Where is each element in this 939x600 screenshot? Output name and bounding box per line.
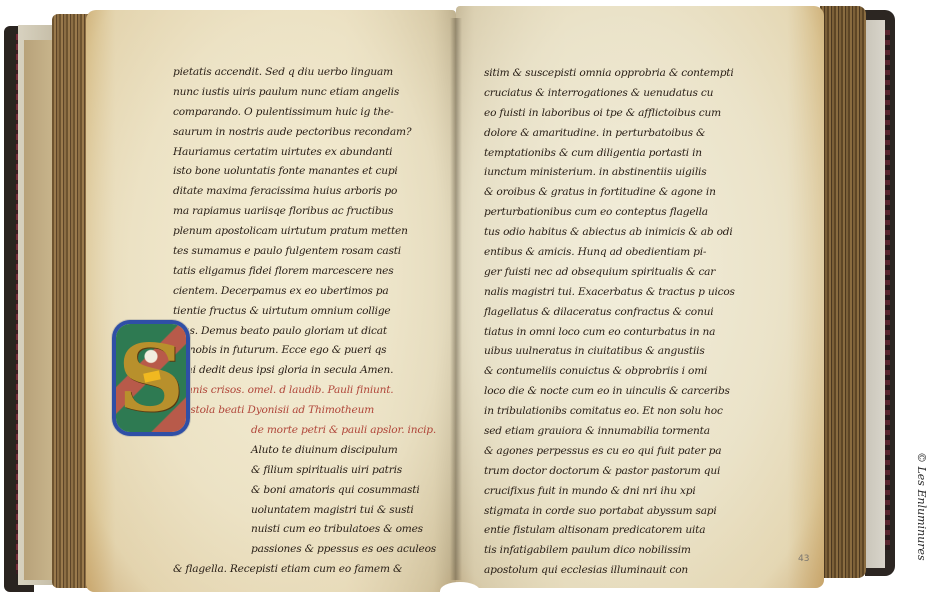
text-line: tiatus in omni loco cum eo conturbatus i… bbox=[484, 323, 735, 343]
text-line: nuisti cum eo tribulatoes & omes bbox=[173, 520, 436, 540]
text-line: trum doctor doctorum & pastor pastorum q… bbox=[484, 462, 735, 482]
rubric-line: de morte petri & pauli apslor. incip. bbox=[173, 421, 436, 441]
right-page: sitim & suscepisti omnia opprobria & con… bbox=[456, 6, 824, 588]
text-line: comparando. O pulentissimum huic ig the- bbox=[173, 103, 436, 123]
text-line: entibus & amicis. Hunq ad obedientiam pi… bbox=[484, 243, 735, 263]
cover-band bbox=[885, 30, 890, 550]
text-line: temptationibs & cum diligentia portasti … bbox=[484, 144, 735, 164]
text-line: loco die & nocte cum eo in uinculis & ca… bbox=[484, 382, 735, 402]
text-line: tis infatigabilem paulum dico nobilissim bbox=[484, 541, 735, 561]
manuscript-photo: pietatis accendit. Sed q diu uerbo lingu… bbox=[0, 0, 939, 600]
text-line: ma rapiamus uariisqe floribus ac fructib… bbox=[173, 202, 436, 222]
text-line: tientie fructus & uirtutum omnium collig… bbox=[173, 302, 436, 322]
text-line: & agones perpessus es cu eo qui fuit pat… bbox=[484, 442, 735, 462]
text-line: & contumeliis conuictus & obprobriis i o… bbox=[484, 362, 735, 382]
pastedown-left bbox=[24, 40, 54, 580]
text-line: Hauriamus certatim uirtutes ex abundanti bbox=[173, 143, 436, 163]
text-line: & oroibus & gratus in fortitudine & agon… bbox=[484, 183, 735, 203]
decorated-initial: S bbox=[116, 324, 186, 432]
text-line: pietatis accendit. Sed q diu uerbo lingu… bbox=[173, 63, 436, 83]
text-line: mus. Demus beato paulo gloriam ut dicat bbox=[173, 322, 436, 342]
text-line: nalis magistri tui. Exacerbatus & tractu… bbox=[484, 283, 735, 303]
text-line: iunctum ministerium. in abstinentiis uig… bbox=[484, 163, 735, 183]
text-line: in tribulationibs comitatus eo. Et non s… bbox=[484, 402, 735, 422]
text-line: tatis eligamus fidei florem marcescere n… bbox=[173, 262, 436, 282]
rubric-line: Johannis crisos. omel. d laudib. Pauli f… bbox=[163, 381, 436, 401]
left-page: pietatis accendit. Sed q diu uerbo lingu… bbox=[86, 10, 456, 592]
text-line: tus odio habitus & abiectus ab inimicis … bbox=[484, 223, 735, 243]
text-line: & filium spiritualis uiri patris bbox=[173, 461, 436, 481]
left-page-text: pietatis accendit. Sed q diu uerbo lingu… bbox=[173, 63, 436, 580]
text-line: Aluto te diuinum discipulum bbox=[173, 441, 436, 461]
text-line: cientem. Decerpamus ex eo ubertimos pa bbox=[173, 282, 436, 302]
text-line: & flagella. Recepisti etiam cum eo famem… bbox=[173, 560, 436, 580]
text-line: perturbationibus cum eo conteptus flagel… bbox=[484, 203, 735, 223]
text-line: stigmata in corde suo portabat abyssum s… bbox=[484, 502, 735, 522]
text-line: uoluntatem magistri tui & susti bbox=[173, 501, 436, 521]
text-line: sitim & suscepisti omnia opprobria & con… bbox=[484, 64, 735, 84]
text-line: uibus uulneratus in ciuitatibus & angust… bbox=[484, 342, 735, 362]
text-line: apostolum qui ecclesias illuminauit con bbox=[484, 561, 735, 581]
text-line: isto bone uoluntatis fonte manantes et c… bbox=[173, 162, 436, 182]
text-line: mihi dedit deus ipsi gloria in secula Am… bbox=[173, 361, 436, 381]
text-line: ger fuisti nec ad obsequium spiritualis … bbox=[484, 263, 735, 283]
text-line: entie fistulam altisonam predicatorem ui… bbox=[484, 521, 735, 541]
spine-notch bbox=[440, 582, 480, 600]
right-page-text: sitim & suscepisti omnia opprobria & con… bbox=[484, 64, 735, 581]
text-line: nunc iustis uiris paulum nunc etiam ange… bbox=[173, 83, 436, 103]
text-line: & boni amatoris qui cosummasti bbox=[173, 481, 436, 501]
text-line: cruciatus & interrogationes & uenudatus … bbox=[484, 84, 735, 104]
text-line: sed etiam grauiora & innumabilia torment… bbox=[484, 422, 735, 442]
text-line: tes sumamus e paulo fulgentem rosam cast… bbox=[173, 242, 436, 262]
text-line: de nobis in futurum. Ecce ego & pueri qs bbox=[173, 341, 436, 361]
endpaper-right bbox=[863, 20, 885, 568]
copyright-text: © Les Enluminures bbox=[915, 452, 928, 561]
text-line: saurum in nostris aude pectoribus recond… bbox=[173, 123, 436, 143]
text-line: passiones & ppessus es oes aculeos bbox=[173, 540, 436, 560]
text-line: dolore & amaritudine. in perturbatoibus … bbox=[484, 124, 735, 144]
text-line: crucifixus fuit in mundo & dni nri ihu x… bbox=[484, 482, 735, 502]
text-line: plenum apostolicam uirtutum pratum mette… bbox=[173, 222, 436, 242]
text-line: eo fuisti in laboribus oi tpe & afflicto… bbox=[484, 104, 735, 124]
copyright-credit: © Les Enluminures bbox=[912, 452, 932, 572]
folio-number: 43 bbox=[798, 554, 809, 564]
book-gutter bbox=[450, 18, 462, 580]
text-line: ditate maxima feracissima huius arboris … bbox=[173, 182, 436, 202]
page-edges-right bbox=[820, 6, 866, 578]
text-line: flagellatus & dilaceratus confractus & c… bbox=[484, 303, 735, 323]
rubric-line: Epistola beati Dyonisii ad Thimotheum bbox=[173, 401, 436, 421]
